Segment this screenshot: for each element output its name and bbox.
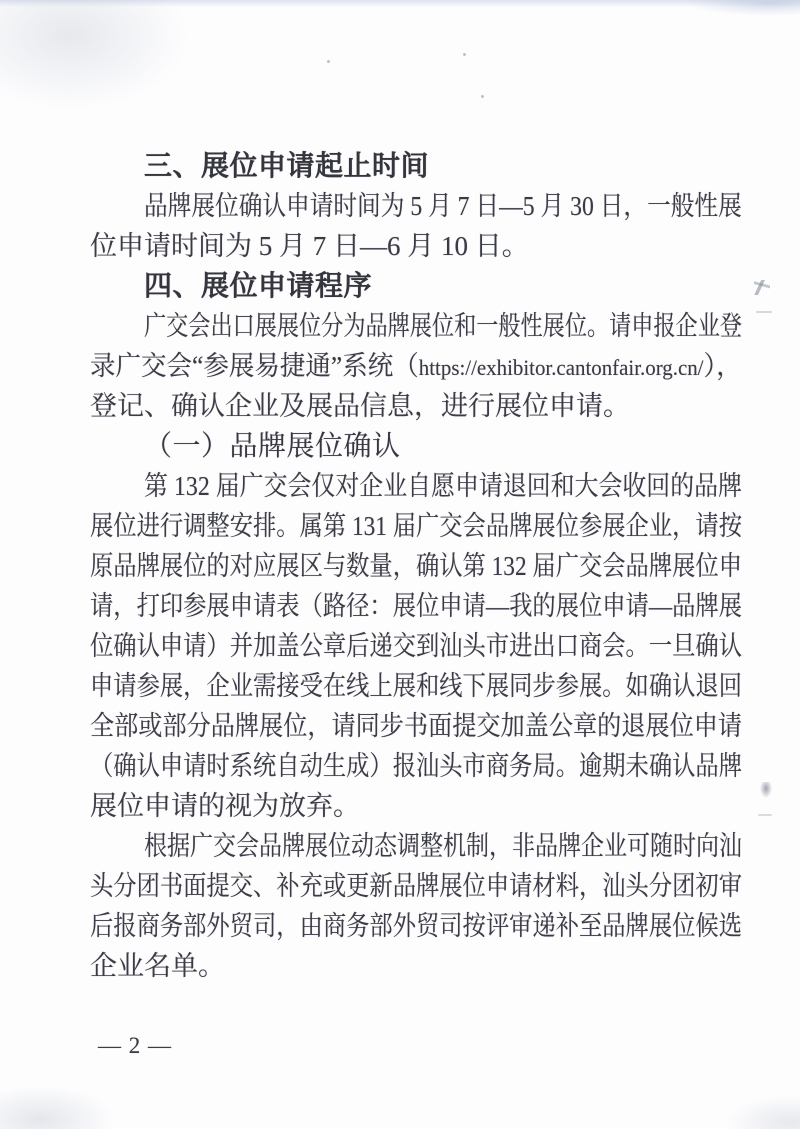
scanned-page: 三、展位申请起止时间品牌展位确认申请时间为 5 月 7 日—5 月 30 日，一… <box>0 0 800 1129</box>
line-text: 头分团书面提交、补充或更新品牌展位申请材料，汕头分团初审 <box>90 866 742 906</box>
page-number: — 2 — <box>98 1031 172 1061</box>
line-text: 广交会出口展展位分为品牌展位和一般性展位。请申报企业登 <box>144 306 742 346</box>
line-text: 位申请时间为 5 月 7 日—6 月 10 日。 <box>90 226 529 266</box>
text-line: 企业名单。 <box>90 946 742 986</box>
text-line: 品牌展位确认申请时间为 5 月 7 日—5 月 30 日，一般性展 <box>90 186 742 226</box>
text-line: 展位进行调整安排。属第 131 届广交会品牌展位参展企业，请按 <box>90 506 742 546</box>
line-text: 原品牌展位的对应展区与数量，确认第 132 届广交会品牌展位申 <box>90 546 742 586</box>
text-line: 展位申请的视为放弃。 <box>90 786 742 826</box>
scan-mark <box>758 814 772 816</box>
text-line: 全部或部分品牌展位，请同步书面提交加盖公章的退展位申请 <box>90 706 742 746</box>
text-line: 头分团书面提交、补充或更新品牌展位申请材料，汕头分团初审 <box>90 866 742 906</box>
line-text: 四、展位申请程序 <box>144 266 372 306</box>
section-heading: 四、展位申请程序 <box>90 266 742 306</box>
line-text: （确认申请时系统自动生成）报汕头市商务局。逾期未确认品牌 <box>90 746 742 786</box>
line-text: 申请参展，企业需接受在线上展和线下展同步参展。如确认退回 <box>90 666 742 706</box>
line-text: 后报商务部外贸司，由商务部外贸司按评审递补至品牌展位候选 <box>90 906 742 946</box>
line-text: 请，打印参展申请表（路径：展位申请—我的展位申请—品牌展 <box>90 586 742 626</box>
sub-heading: （一）品牌展位确认 <box>90 426 742 466</box>
document-body: 三、展位申请起止时间品牌展位确认申请时间为 5 月 7 日—5 月 30 日，一… <box>90 146 742 986</box>
text-line: 请，打印参展申请表（路径：展位申请—我的展位申请—品牌展 <box>90 586 742 626</box>
text-line: 位确认申请）并加盖公章后递交到汕头市进出口商会。一旦确认 <box>90 626 742 666</box>
line-text: 三、展位申请起止时间 <box>144 146 429 186</box>
section-heading: 三、展位申请起止时间 <box>90 146 742 186</box>
scan-speck <box>463 53 466 56</box>
text-line: 申请参展，企业需接受在线上展和线下展同步参展。如确认退回 <box>90 666 742 706</box>
line-text: 登记、确认企业及展品信息，进行展位申请。 <box>90 386 630 426</box>
line-text: 第 132 届广交会仅对企业自愿申请退回和大会收回的品牌 <box>144 466 742 506</box>
line-text: 根据广交会品牌展位动态调整机制，非品牌企业可随时向汕 <box>144 826 742 866</box>
scan-speck <box>481 95 484 98</box>
line-text: 录广交会“参展易捷通”系统（https://exhibitor.cantonfa… <box>90 346 742 388</box>
text-line: （确认申请时系统自动生成）报汕头市商务局。逾期未确认品牌 <box>90 746 742 786</box>
line-text: 全部或部分品牌展位，请同步书面提交加盖公章的退展位申请 <box>90 706 742 746</box>
line-text: 展位申请的视为放弃。 <box>90 786 360 826</box>
scan-smudge <box>754 280 770 295</box>
scan-speck <box>327 60 330 63</box>
text-line: 位申请时间为 5 月 7 日—6 月 10 日。 <box>90 226 742 266</box>
text-line: 后报商务部外贸司，由商务部外贸司按评审递补至品牌展位候选 <box>90 906 742 946</box>
text-line: 广交会出口展展位分为品牌展位和一般性展位。请申报企业登 <box>90 306 742 346</box>
text-line: 原品牌展位的对应展区与数量，确认第 132 届广交会品牌展位申 <box>90 546 742 586</box>
text-line: 登记、确认企业及展品信息，进行展位申请。 <box>90 386 742 426</box>
scan-mark <box>756 311 772 313</box>
line-text: （一）品牌展位确认 <box>144 427 401 467</box>
text-line: 录广交会“参展易捷通”系统（https://exhibitor.cantonfa… <box>90 346 742 386</box>
scan-smudge <box>760 782 772 798</box>
line-text: 位确认申请）并加盖公章后递交到汕头市进出口商会。一旦确认 <box>90 626 742 666</box>
line-text: 品牌展位确认申请时间为 5 月 7 日—5 月 30 日，一般性展 <box>144 186 742 226</box>
text-line: 根据广交会品牌展位动态调整机制，非品牌企业可随时向汕 <box>90 826 742 866</box>
latin-text: https://exhibitor.cantonfair.org.cn/ <box>419 355 704 380</box>
line-text: 企业名单。 <box>90 946 225 986</box>
text-line: 第 132 届广交会仅对企业自愿申请退回和大会收回的品牌 <box>90 466 742 506</box>
line-text: 展位进行调整安排。属第 131 届广交会品牌展位参展企业，请按 <box>90 506 742 546</box>
